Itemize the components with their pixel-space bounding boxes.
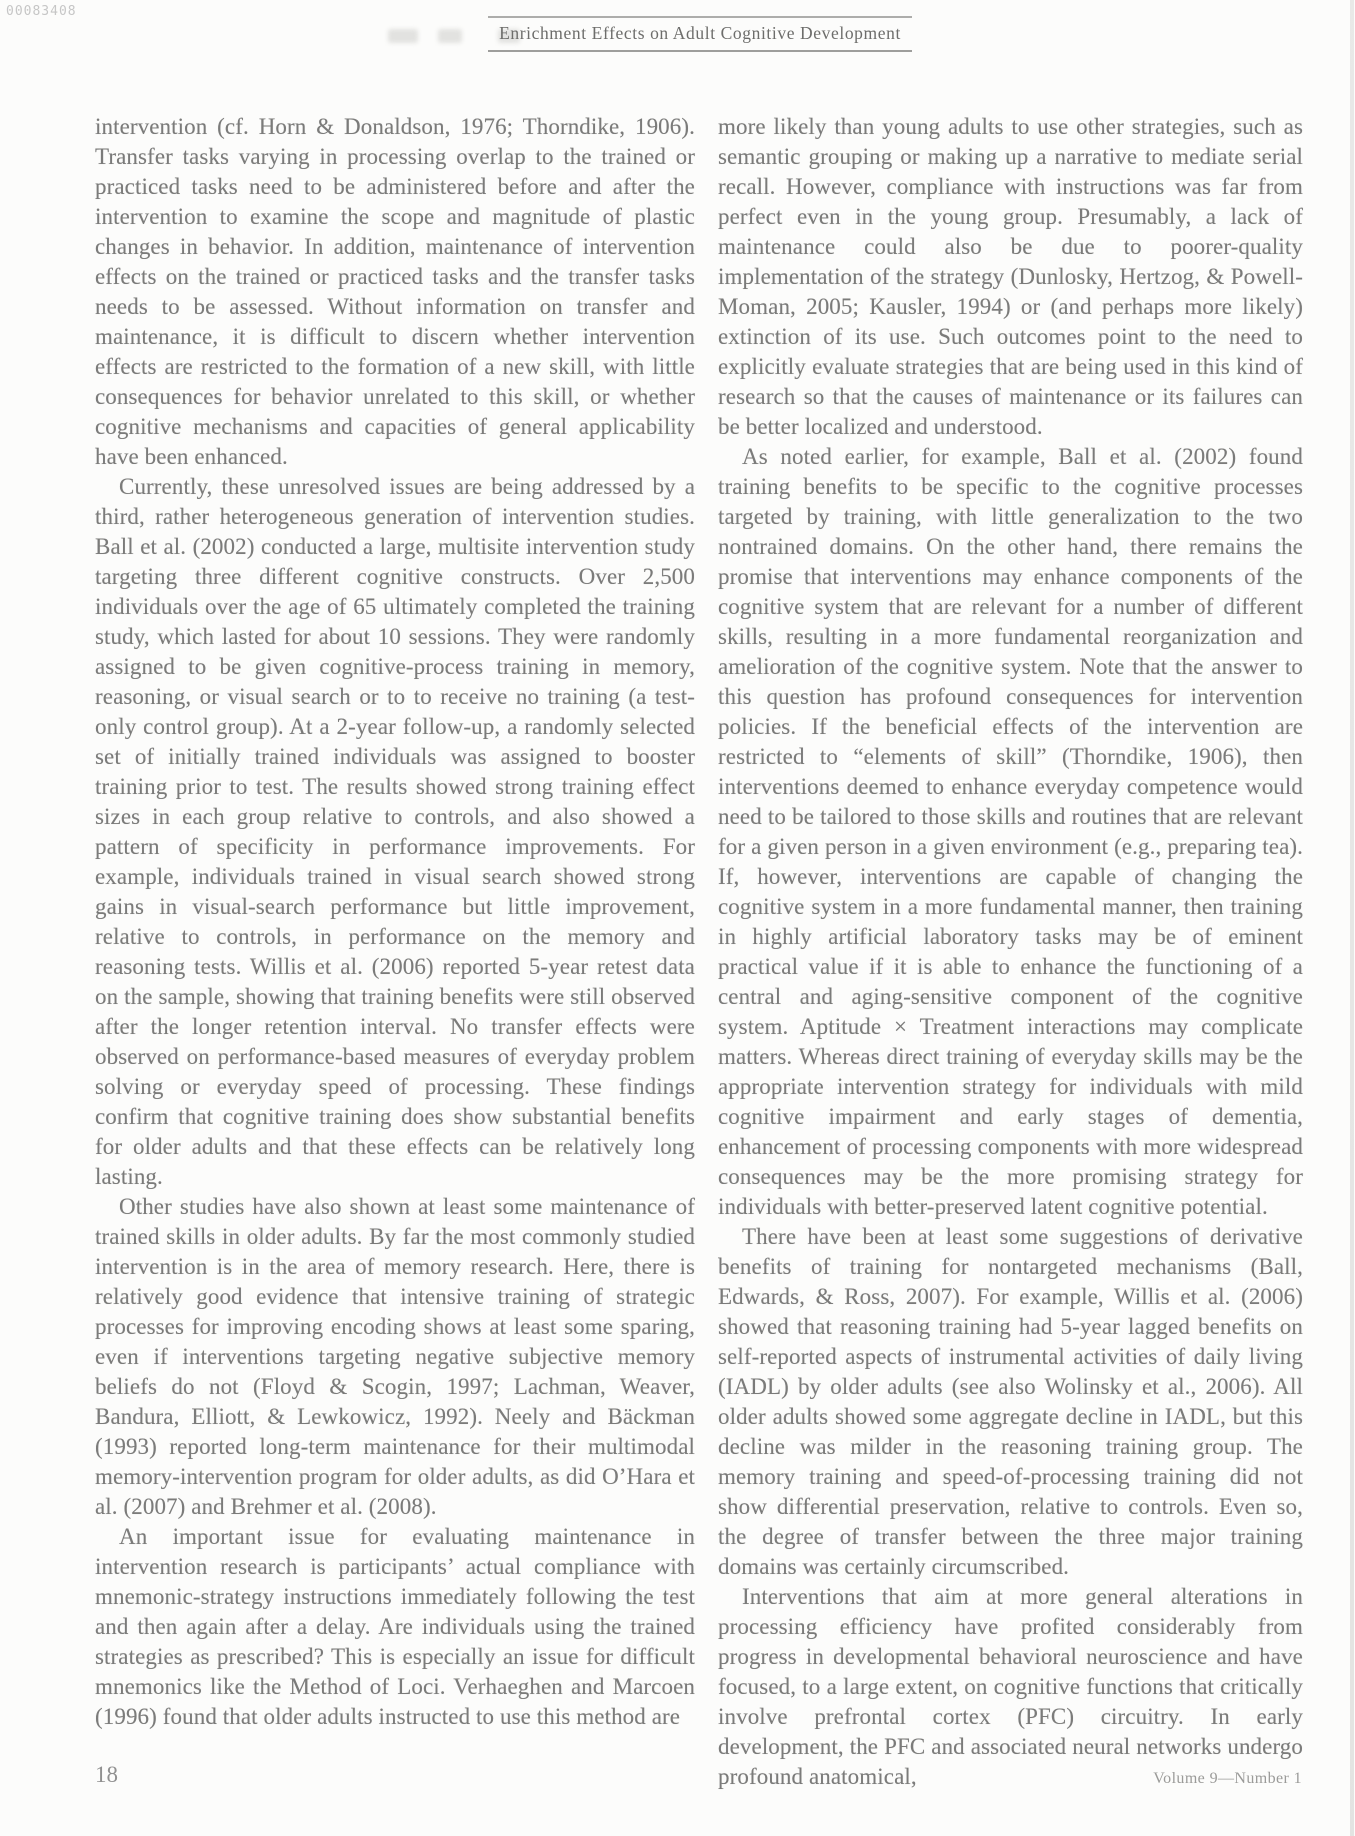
scan-edge-streak [1350,0,1354,1836]
paragraph: more likely than young adults to use oth… [718,112,1303,442]
paragraph: An important issue for evaluating mainte… [95,1522,695,1732]
paragraph: There have been at least some suggestion… [718,1222,1303,1582]
page-number: 18 [95,1762,118,1788]
paragraph: intervention (cf. Horn & Donaldson, 1976… [95,112,695,472]
paragraph: As noted earlier, for example, Ball et a… [718,442,1303,1222]
paragraph: Currently, these unresolved issues are b… [95,472,695,1192]
running-head: Enrichment Effects on Adult Cognitive De… [488,16,912,52]
running-head-title: Enrichment Effects on Adult Cognitive De… [488,23,912,44]
scan-smudge [388,29,418,43]
paragraph: Interventions that aim at more general a… [718,1582,1303,1792]
scan-stamp-number: 00083408 [6,4,77,19]
right-column: more likely than young adults to use oth… [718,112,1303,1792]
left-column: intervention (cf. Horn & Donaldson, 1976… [95,112,695,1732]
scanned-page: 00083408 Enrichment Effects on Adult Cog… [0,0,1355,1836]
scan-smudge [438,29,462,43]
volume-info: Volume 9—Number 1 [1153,1770,1302,1788]
paragraph: Other studies have also shown at least s… [95,1192,695,1522]
